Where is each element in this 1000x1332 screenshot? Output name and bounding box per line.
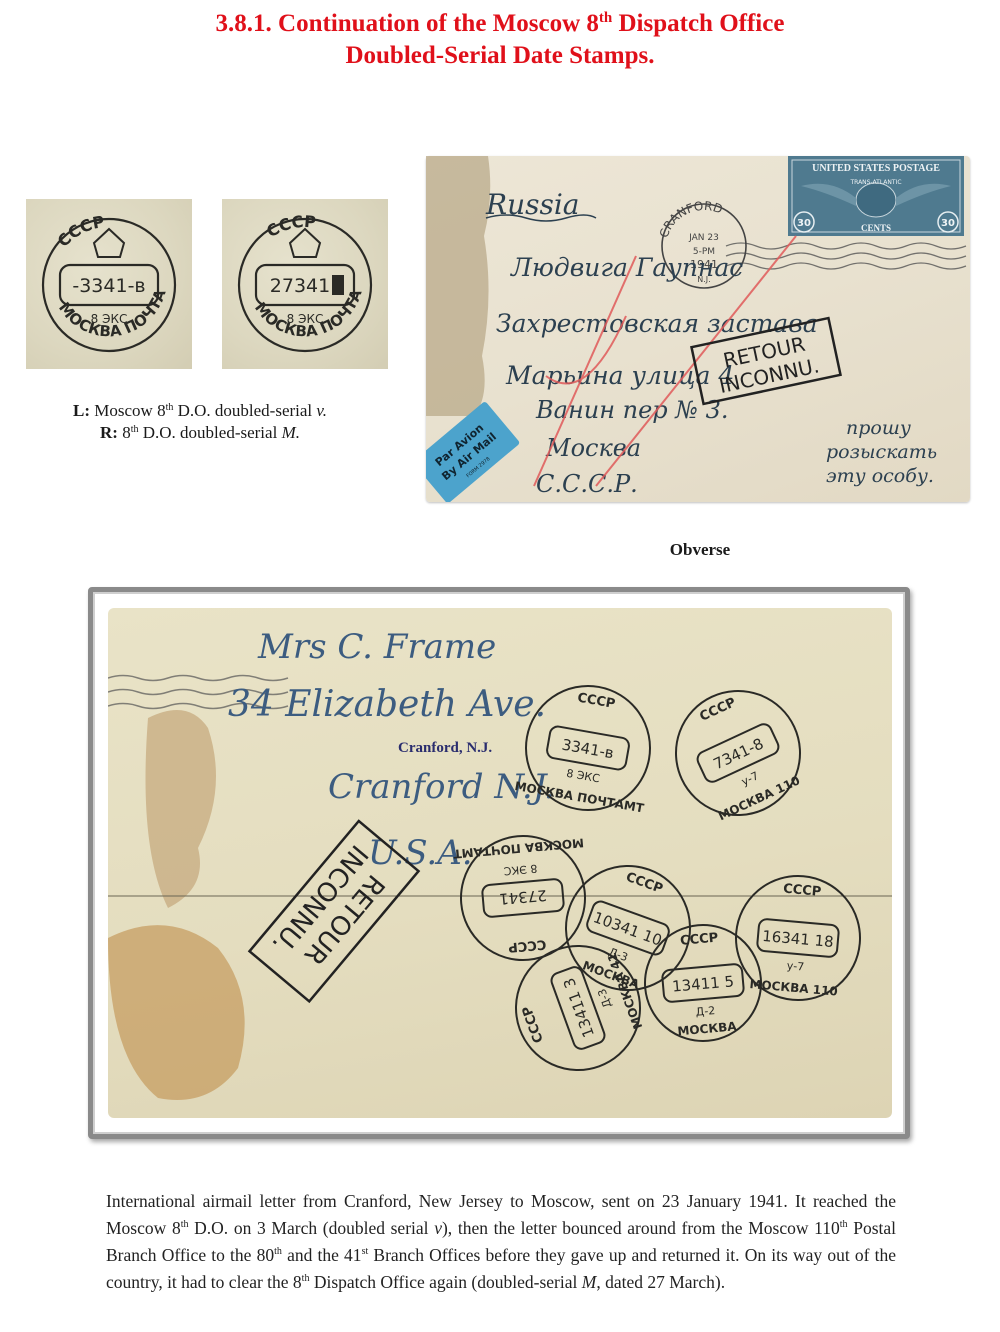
svg-text:эту особу.: эту особу. — [826, 465, 934, 487]
thumbnail-caption-left: L: Moscow 8th D.O. doubled-serial v. — [0, 400, 400, 422]
svg-text:27341: 27341 — [270, 275, 330, 297]
description-paragraph: International airmail letter from Cranfo… — [106, 1188, 896, 1296]
svg-text:СССР: СССР — [54, 212, 106, 251]
svg-text:16341 18: 16341 18 — [761, 927, 834, 951]
obverse-label: Obverse — [640, 540, 760, 560]
postmark-left-image: СССР МОСКВА ПОЧТАМТ -3341-в 8 ЭКС — [26, 199, 192, 369]
svg-text:30: 30 — [941, 218, 955, 229]
svg-text:Захрестовская застава: Захрестовская застава — [496, 309, 818, 338]
title-line-2: Doubled-Serial Date Stamps. — [0, 40, 1000, 72]
svg-text:СССР: СССР — [576, 691, 616, 712]
svg-text:30: 30 — [797, 218, 811, 229]
svg-text:13411 5: 13411 5 — [671, 972, 734, 995]
svg-text:СССР: СССР — [507, 936, 546, 954]
svg-text:МОСКВА ПОЧТАМТ: МОСКВА ПОЧТАМТ — [452, 836, 584, 861]
svg-text:8 ЭКС: 8 ЭКС — [287, 312, 324, 326]
thumbnail-caption-right: R: 8th D.O. doubled-serial M. — [0, 422, 400, 444]
svg-text:JAN 23: JAN 23 — [688, 233, 719, 243]
back-postmark: СССР3341-в8 ЭКСМОСКВА ПОЧТАМТ — [513, 676, 664, 821]
svg-text:8 ЭКС: 8 ЭКС — [565, 767, 601, 786]
svg-text:Д-2: Д-2 — [695, 1004, 716, 1019]
svg-text:Д-3: Д-3 — [595, 987, 614, 1010]
svg-text:С.С.С.Р.: С.С.С.Р. — [536, 470, 638, 498]
svg-text:прошу: прошу — [846, 417, 911, 439]
svg-text:СССР: СССР — [263, 212, 317, 241]
svg-text:10341 10: 10341 10 — [591, 908, 664, 949]
svg-text:13411 3: 13411 3 — [560, 975, 598, 1039]
svg-text:3341-в: 3341-в — [560, 736, 615, 763]
svg-text:СССР: СССР — [782, 882, 821, 900]
page-title: 3.8.1. Continuation of the Moscow 8th Di… — [0, 8, 1000, 72]
svg-text:TRANS-ATLANTIC: TRANS-ATLANTIC — [849, 179, 901, 186]
svg-text:розыскать: розыскать — [826, 441, 937, 463]
svg-text:-3341-в: -3341-в — [72, 275, 145, 297]
postmark-thumbnail-left: СССР МОСКВА ПОЧТАМТ -3341-в 8 ЭКС — [26, 199, 192, 369]
envelope-back: Mrs C. Frame 34 Elizabeth Ave. Cranford … — [108, 608, 892, 1118]
svg-text:8 ЭКС: 8 ЭКС — [503, 862, 538, 878]
svg-text:СССР: СССР — [697, 695, 738, 725]
svg-text:7341-8: 7341-8 — [711, 735, 767, 774]
title-line-1: 3.8.1. Continuation of the Moscow 8th Di… — [0, 8, 1000, 40]
svg-text:UNITED STATES POSTAGE: UNITED STATES POSTAGE — [812, 163, 940, 174]
postmark-thumbnail-right: СССР МОСКВА ПОЧТАМТ 27341 8 ЭКС — [222, 199, 388, 369]
svg-text:СССР: СССР — [680, 931, 719, 949]
back-postmarks: СССР3341-в8 ЭКСМОСКВА ПОЧТАМТСССР7341-8у… — [108, 608, 892, 1118]
svg-text:27341: 27341 — [498, 886, 547, 908]
back-postmark: СССР7341-8у-7МОСКВА 110 — [656, 671, 821, 836]
svg-text:МОСКВА 110: МОСКВА 110 — [749, 977, 838, 999]
svg-text:у-7: у-7 — [739, 769, 760, 788]
back-postmark: СССР16341 18у-7МОСКВА 110 — [731, 871, 865, 1005]
svg-text:у-7: у-7 — [786, 959, 805, 973]
svg-text:8 ЭКС: 8 ЭКС — [91, 312, 128, 326]
postmark-right-image: СССР МОСКВА ПОЧТАМТ 27341 8 ЭКС — [222, 199, 388, 369]
envelope-front-image: UNITED STATES POSTAGE TRANS-ATLANTIC 30 … — [426, 156, 970, 502]
envelope-front: UNITED STATES POSTAGE TRANS-ATLANTIC 30 … — [426, 156, 970, 502]
svg-text:CENTS: CENTS — [861, 223, 891, 233]
